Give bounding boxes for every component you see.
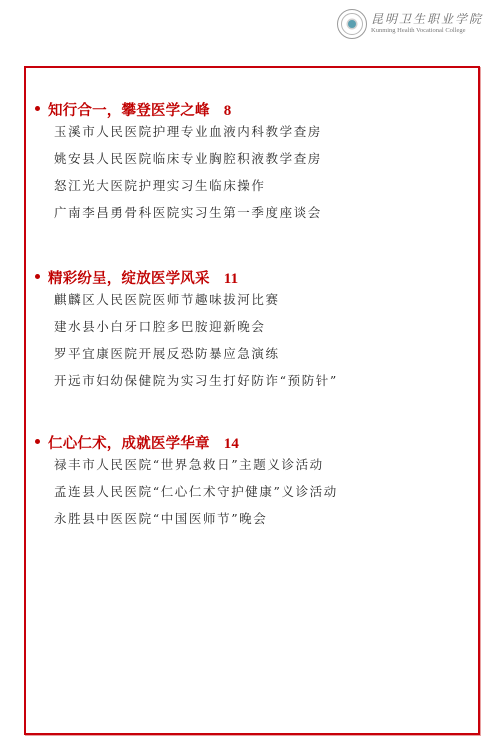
bullet-icon (35, 274, 40, 279)
section-page-number: 8 (224, 103, 232, 119)
section-page-number: 14 (224, 436, 239, 452)
list-item[interactable]: 广南李昌勇骨科医院实习生第一季度座谈会 (54, 199, 322, 226)
section-item-list: 麒麟区人民医院医师节趣味拔河比赛 建水县小白牙口腔多巴胺迎新晚会 罗平宜康医院开… (54, 286, 338, 394)
contents-frame: 知行合一，攀登医学之峰8 玉溪市人民医院护理专业血液内科教学查房 姚安县人民医院… (24, 66, 480, 735)
list-item[interactable]: 怒江光大医院护理实习生临床操作 (54, 172, 322, 199)
contents-section-3: 仁心仁术，成就医学华章14 禄丰市人民医院“世界急救日”主题义诊活动 孟连县人民… (26, 432, 478, 452)
list-item[interactable]: 永胜县中医医院“中国医师节”晚会 (54, 505, 338, 532)
bullet-icon (35, 106, 40, 111)
section-item-list: 禄丰市人民医院“世界急救日”主题义诊活动 孟连县人民医院“仁心仁术守护健康”义诊… (54, 451, 338, 532)
section-heading[interactable]: 仁心仁术，成就医学华章14 (26, 432, 478, 452)
section-item-list: 玉溪市人民医院护理专业血液内科教学查房 姚安县人民医院临床专业胸腔积液教学查房 … (54, 118, 322, 226)
contents-section-2: 精彩纷呈，绽放医学风采11 麒麟区人民医院医师节趣味拔河比赛 建水县小白牙口腔多… (26, 267, 478, 287)
list-item[interactable]: 禄丰市人民医院“世界急救日”主题义诊活动 (54, 451, 338, 478)
list-item[interactable]: 麒麟区人民医院医师节趣味拔河比赛 (54, 286, 338, 313)
section-title: 精彩纷呈，绽放医学风采11 (48, 267, 238, 288)
list-item[interactable]: 罗平宜康医院开展反恐防暴应急演练 (54, 340, 338, 367)
college-emblem-icon (337, 9, 367, 39)
list-item[interactable]: 姚安县人民医院临床专业胸腔积液教学查房 (54, 145, 322, 172)
section-title: 仁心仁术，成就医学华章14 (48, 432, 239, 453)
list-item[interactable]: 玉溪市人民医院护理专业血液内科教学查房 (54, 118, 322, 145)
college-logo: 昆明卫生职业学院 Kunming Health Vocational Colle… (337, 7, 487, 41)
section-title-text: 精彩纷呈，绽放医学风采 (48, 271, 210, 287)
logo-text: 昆明卫生职业学院 Kunming Health Vocational Colle… (371, 13, 483, 35)
section-title: 知行合一，攀登医学之峰8 (48, 99, 231, 120)
section-heading[interactable]: 知行合一，攀登医学之峰8 (26, 99, 478, 119)
section-heading[interactable]: 精彩纷呈，绽放医学风采11 (26, 267, 478, 287)
list-item[interactable]: 开远市妇幼保健院为实习生打好防诈“预防针” (54, 367, 338, 394)
section-title-text: 知行合一，攀登医学之峰 (48, 103, 210, 119)
logo-name-en: Kunming Health Vocational College (371, 28, 483, 35)
section-title-text: 仁心仁术，成就医学华章 (48, 436, 210, 452)
list-item[interactable]: 孟连县人民医院“仁心仁术守护健康”义诊活动 (54, 478, 338, 505)
bullet-icon (35, 439, 40, 444)
contents-section-1: 知行合一，攀登医学之峰8 玉溪市人民医院护理专业血液内科教学查房 姚安县人民医院… (26, 99, 478, 119)
list-item[interactable]: 建水县小白牙口腔多巴胺迎新晚会 (54, 313, 338, 340)
logo-name-cn: 昆明卫生职业学院 (371, 13, 483, 25)
section-page-number: 11 (224, 271, 239, 287)
